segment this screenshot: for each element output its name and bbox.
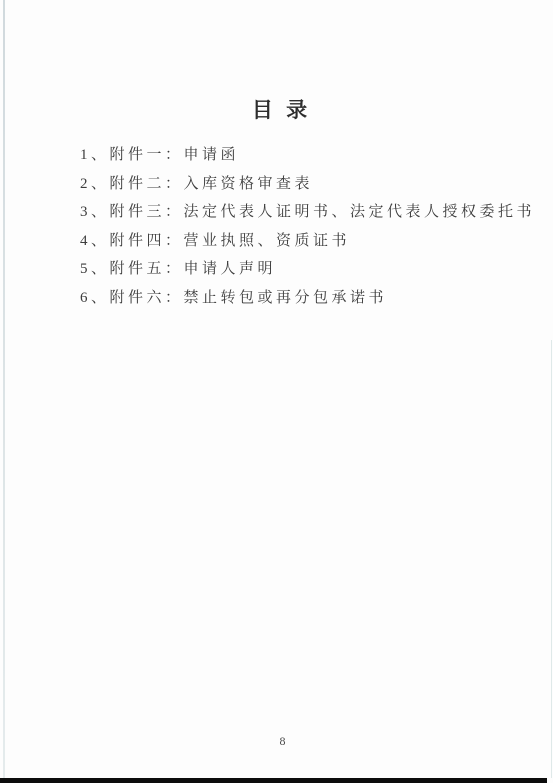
scan-edge-right-line [551, 340, 552, 778]
toc-item: 2、附件二：入库资格审查表 [80, 170, 513, 199]
toc-item: 3、附件三：法定代表人证明书、法定代表人授权委托书 [80, 198, 513, 227]
scan-artifact-bottom-bar [0, 778, 547, 783]
toc-item: 6、附件六：禁止转包或再分包承诺书 [80, 284, 513, 313]
page-title: 目 录 [0, 94, 553, 124]
page-number: 8 [0, 734, 553, 749]
toc-item: 5、附件五：申请人声明 [80, 255, 513, 284]
toc-item: 4、附件四：营业执照、资质证书 [80, 227, 513, 256]
document-page: 目 录 1、附件一：申请函 2、附件二：入库资格审查表 3、附件三：法定代表人证… [0, 0, 553, 783]
toc-list: 1、附件一：申请函 2、附件二：入库资格审查表 3、附件三：法定代表人证明书、法… [80, 141, 513, 313]
toc-item: 1、附件一：申请函 [80, 141, 513, 170]
